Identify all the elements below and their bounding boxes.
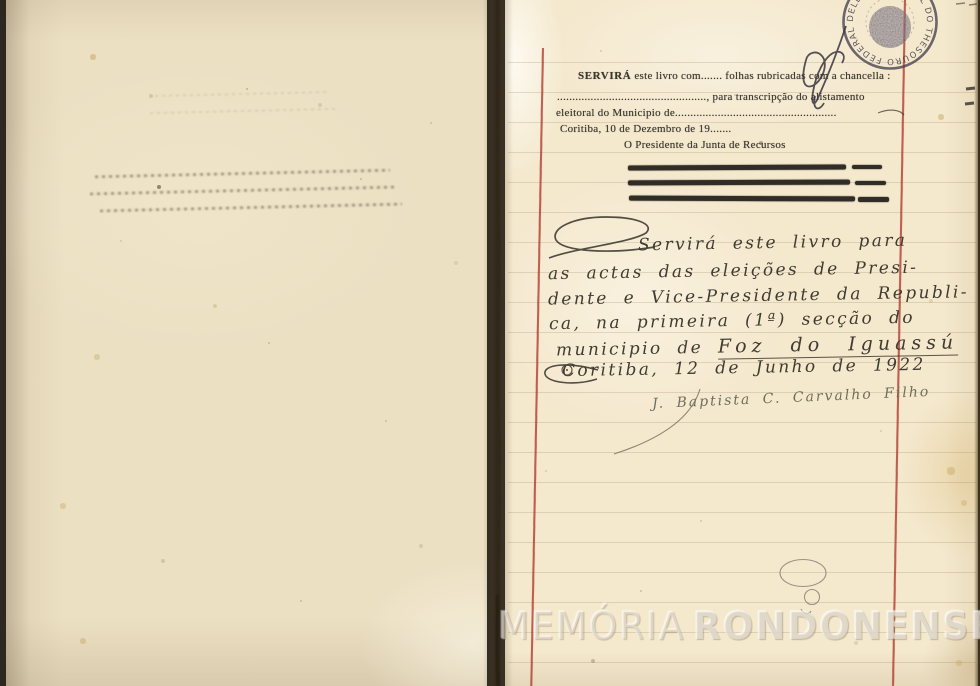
redaction-bar [858,197,889,202]
left-page [6,0,487,686]
watermark-word-rondonense: RONDONENSE [693,604,980,648]
redaction-bar [629,196,855,202]
form-line-eleitoral: eleitoral do Municipio de...............… [556,107,837,119]
redaction-bar [855,181,886,185]
document-scan: SERVIRÁ este livro com....... folhas rub… [0,0,980,686]
redaction-bar [628,180,850,186]
form-line-servira: SERVIRÁ este livro com....... folhas rub… [578,70,891,82]
form-line-servira-rest: este livro com....... folhas rubricadas … [631,70,890,82]
page-stack-edge [974,0,980,686]
form-line-servira-lead: SERVIRÁ [578,70,631,82]
form-line-president: O Presidente da Junta de Recursos [624,139,786,151]
archive-watermark: MEMÓRIARONDONENSE [498,604,980,648]
redaction-bar [852,165,882,169]
manuscript-line-5-prefix: municipio de [556,338,703,361]
book-gutter [483,0,513,686]
watermark-word-memoria: MEMÓRIA [498,604,685,648]
age-specks [0,0,2,2]
form-line-date: Coritiba, 10 de Dezembro de 19....... [560,123,731,135]
form-line-transcripcao: ........................................… [557,91,865,103]
